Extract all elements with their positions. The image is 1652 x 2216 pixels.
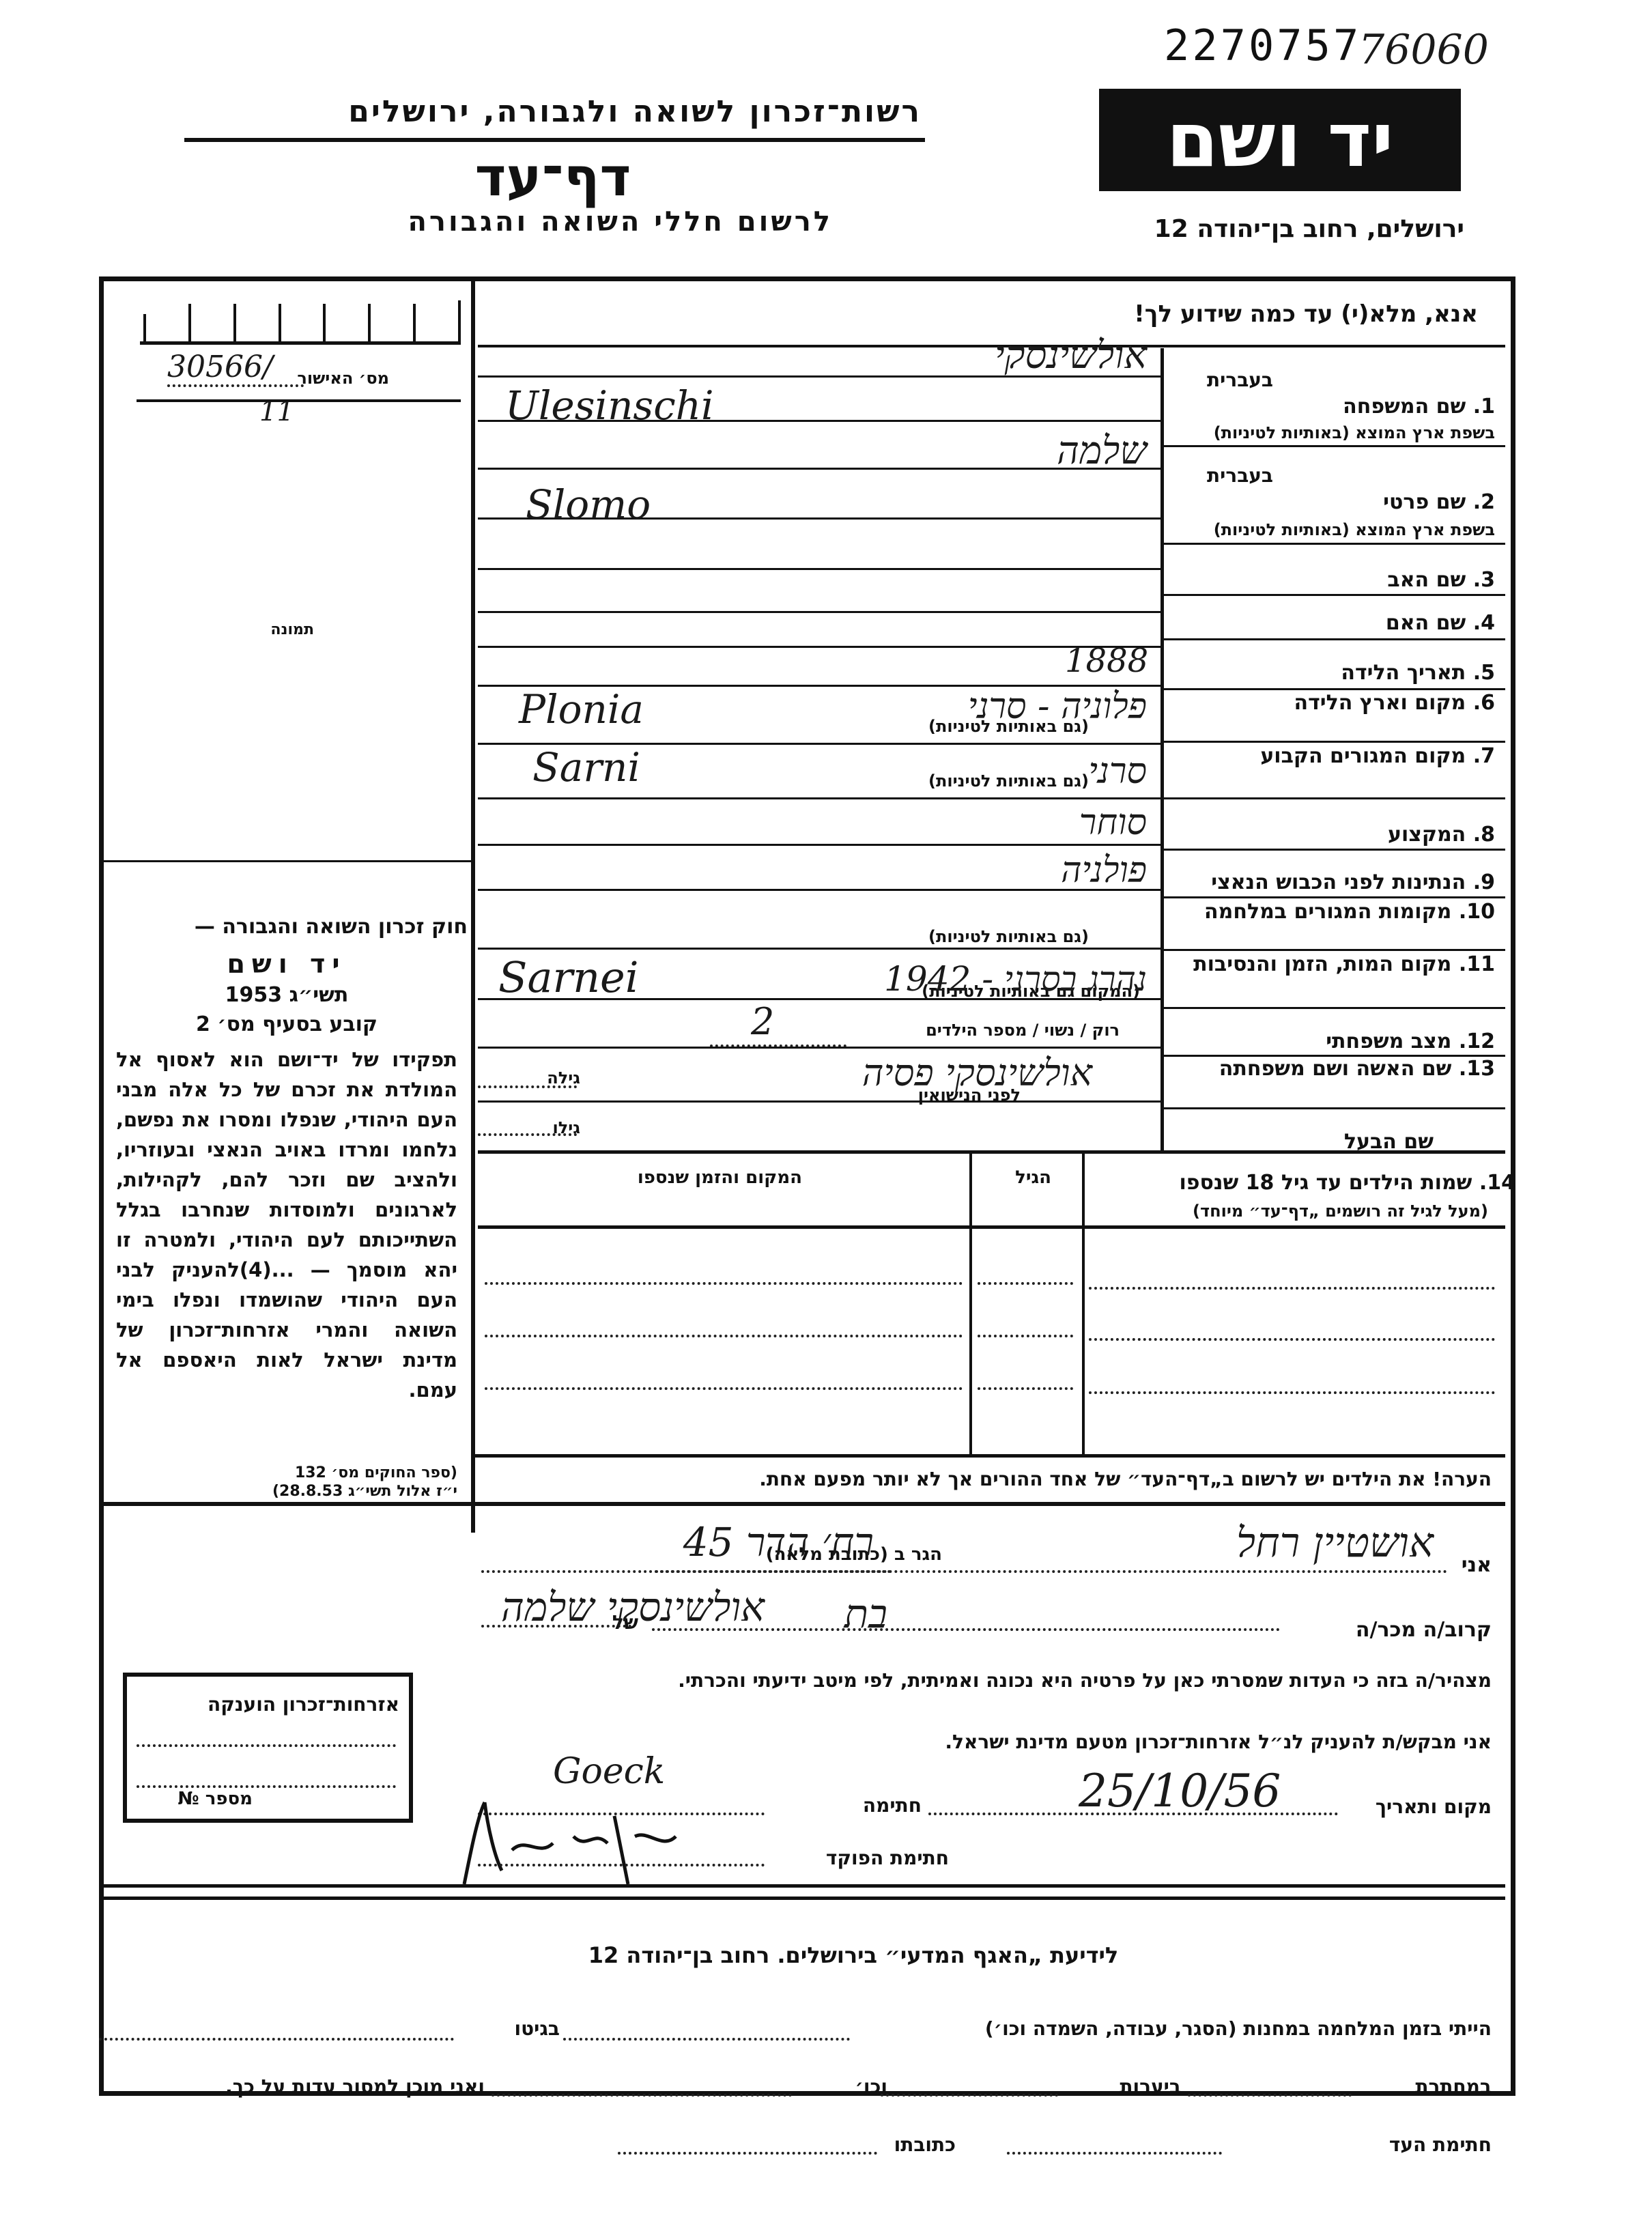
field-8-value[interactable]: סוחר — [751, 802, 1147, 843]
field-7-label: 7. מקום המגורים הקבוע — [1260, 744, 1495, 768]
children-note: (מעל לגיל זה רושמים „דף־עד״ מיוחד) — [1193, 1202, 1488, 1221]
field-12-options: רוק / נשוי / מספר הילדים — [926, 1021, 1120, 1040]
photo-label: תמונה — [270, 621, 314, 638]
divider — [1164, 445, 1505, 447]
declarant-name-value[interactable]: אושטיין רחל — [1024, 1519, 1434, 1567]
law-citation-2: י״ז אלול תשי״ג 28.8.53) — [102, 1483, 457, 1500]
children-row-1-place[interactable] — [485, 1282, 963, 1285]
field-12-value[interactable]: 2 — [751, 1000, 774, 1043]
divider — [102, 1897, 1505, 1900]
signature-value: Goeck — [553, 1751, 665, 1792]
page-subtitle: לרשום חללי השואה והגבורה — [408, 206, 833, 238]
wife-age-field[interactable] — [478, 1085, 577, 1088]
footer-etc-field[interactable] — [492, 2094, 792, 2097]
children-col-divider-2 — [1082, 1154, 1085, 1454]
divider — [478, 646, 1160, 648]
field-5-value[interactable]: 1888 — [1065, 642, 1148, 680]
field-9-value[interactable]: פולניה — [751, 850, 1147, 891]
footer-title: לידיעת „האגף המדעי״ בירושלים. רחוב בן־יה… — [478, 1942, 1229, 1968]
divider — [1164, 688, 1505, 690]
children-row-3-age[interactable] — [978, 1387, 1073, 1390]
children-col-divider-1 — [969, 1154, 972, 1454]
law-citation-1: (ספר החוקים מס׳ 132 — [102, 1464, 457, 1481]
signature-label: חתימה — [863, 1794, 922, 1817]
field-11-value-latin[interactable]: Sarnei — [498, 952, 639, 1002]
field-2-value-hebrew[interactable]: שלמה — [751, 429, 1147, 473]
children-row-3-place[interactable] — [485, 1387, 963, 1390]
footer-address-label: כתובתו — [894, 2133, 956, 2156]
address: ירושלים, רחוב בן־יהודה 12 — [1154, 215, 1464, 243]
field-10-value[interactable] — [478, 891, 1160, 946]
field-4-value[interactable] — [478, 613, 1160, 644]
field-6-label: 6. מקום וארץ הלידה — [1294, 691, 1495, 715]
divider — [478, 1225, 1505, 1229]
law-year: תשי״ג 1953 — [102, 983, 471, 1007]
field-10-label: 10. מקומות המגורים במלחמה — [1204, 900, 1495, 924]
divider — [478, 1047, 1160, 1049]
field-1-note: בשפת ארץ המוצא (באותיות לטיניות) — [1214, 423, 1495, 442]
citizenship-number-field[interactable] — [137, 1785, 396, 1788]
field-7-value-hebrew[interactable]: סרני — [751, 751, 1147, 792]
in-hebrew-label-2: בעברית — [1207, 464, 1273, 487]
children-row-1-name[interactable] — [1089, 1287, 1495, 1290]
request: אני מבקש/ת להעניק לנ״ל אזרחות־זכרון מטעם… — [945, 1731, 1492, 1753]
children-row-2-age[interactable] — [978, 1335, 1073, 1337]
divider — [1164, 638, 1505, 640]
instruction: אנא, מלא(י) עד כמה שידוע לך! — [1134, 300, 1478, 328]
divider — [1164, 1107, 1505, 1109]
address-value[interactable]: רח׳ הדר 45 — [492, 1519, 874, 1565]
of-value[interactable]: אולשינסקי שלמה — [478, 1584, 765, 1630]
divider — [102, 1884, 1505, 1888]
field-6-value-hebrew[interactable]: פלוניה - סרני — [751, 686, 1147, 727]
official-signature-label: חתימת הפוקד — [826, 1847, 949, 1869]
date-value[interactable]: 25/10/56 — [1079, 1765, 1281, 1817]
yad-vashem-logo: יד ושם — [1099, 89, 1461, 191]
children-row-2-name[interactable] — [1089, 1338, 1495, 1341]
footer-underground-label: במחתרת — [1415, 2075, 1492, 2098]
field-12-label: 12. מצב משפחתי — [1326, 1029, 1495, 1053]
citizenship-box-title: אזרחות־זכרון הוענקה — [208, 1693, 399, 1716]
document-number-handwritten: 76060 — [1358, 26, 1489, 74]
children-label: 14. שמות הילדים עד גיל 18 שנספו — [1179, 1171, 1515, 1195]
footer-ghetto-label: בגיטו — [515, 2017, 560, 2040]
footer-camps-field[interactable] — [563, 2038, 850, 2041]
field-6-value-latin[interactable]: Plonia — [519, 686, 644, 733]
footer-witness-signature-field[interactable] — [1007, 2152, 1222, 2155]
field-3-label: 3. שם האב — [1387, 568, 1495, 592]
official-signature-field[interactable] — [478, 1864, 765, 1866]
label-column-divider — [1160, 348, 1164, 1150]
field-5-label: 5. תאריך הלידה — [1341, 661, 1495, 685]
law-title: חוק זכרון השואה והגבורה — — [195, 915, 468, 939]
footer-ghetto-field[interactable] — [99, 2038, 454, 2041]
address-field[interactable] — [481, 1570, 891, 1573]
org-line: רשות־זכרון לשואה ולגבורה, ירושלים — [348, 94, 922, 129]
citizenship-field[interactable] — [137, 1744, 396, 1747]
serial-label: מס׳ האישור — [297, 369, 389, 388]
field-1-value-latin[interactable]: Ulesinschi — [505, 382, 714, 429]
sidebar-divider — [471, 276, 475, 1533]
field-7-value-latin[interactable]: Sarni — [532, 744, 640, 791]
statement: מצהיר/ה בזה כי העדות שמסרתי כאן על פרטיה… — [678, 1669, 1492, 1692]
org-underline — [184, 138, 925, 142]
field-2-value-latin[interactable]: Slomo — [526, 481, 651, 528]
field-2-note: בשפת ארץ המוצא (באותיות לטיניות) — [1214, 520, 1495, 539]
divider — [1164, 594, 1505, 596]
divider — [478, 948, 1160, 950]
divider — [102, 1502, 1505, 1506]
field-9-label: 9. הנתינות לפני הכבוש הנאצי — [1211, 870, 1495, 894]
footer-forests-field[interactable] — [881, 2094, 1058, 2097]
divider — [1164, 741, 1505, 743]
field-3-value[interactable] — [478, 570, 1160, 608]
field-4-label: 4. שם האם — [1386, 611, 1495, 635]
footer-forests-label: ביערות — [1120, 2075, 1181, 2098]
children-col-age: הגיל — [1015, 1167, 1051, 1188]
photo-ticks — [143, 294, 461, 341]
law-text: תפקידו של יד־ושם הוא לאסוף אל המולדת את … — [116, 1045, 457, 1405]
divider — [1164, 949, 1505, 951]
field-13-label: 13. שם האשה ושם משפחתה — [1219, 1057, 1495, 1081]
divider — [478, 1150, 1505, 1154]
divider — [1164, 543, 1505, 545]
field-1-label: 1. שם המשפחה — [1343, 395, 1495, 418]
citizenship-number-label: מספר № — [177, 1789, 253, 1809]
divider — [471, 1454, 1505, 1458]
footer-underground-field[interactable] — [1188, 2094, 1352, 2097]
divider — [1164, 1007, 1505, 1009]
divider — [478, 998, 1160, 1000]
serial-value[interactable]: 30566/ — [167, 350, 304, 387]
divider — [1164, 797, 1505, 799]
relation-label: קרוב/ה מכר/ה — [1356, 1618, 1492, 1642]
children-row-1-age[interactable] — [978, 1282, 1073, 1285]
field-13-value[interactable]: אולשינסקי פסיה — [683, 1051, 1092, 1094]
law-clause: קובע בסעיף מס׳ 2 — [102, 1012, 471, 1036]
handwritten-signature — [437, 1789, 696, 1891]
divider — [478, 844, 1160, 846]
document-number: 2270757 — [1164, 20, 1361, 70]
logo-text: יד ושם — [1166, 102, 1393, 177]
in-hebrew-label-1: בעברית — [1207, 369, 1273, 391]
field-11-value-hebrew[interactable]: נהרג בסרני - 1942 — [683, 959, 1147, 999]
divider — [478, 1100, 1160, 1103]
page-title: דף־עד — [410, 147, 696, 208]
footer-witness-signature-label: חתימת העד — [1389, 2133, 1492, 2156]
declarant-label: אני — [1462, 1553, 1492, 1577]
notice: הערה! את הילדים יש לרשום ב„דף־העד״ של אח… — [759, 1468, 1492, 1490]
husband-age-field[interactable] — [478, 1133, 577, 1136]
wife-age-label: גילה — [547, 1068, 580, 1088]
field-8-label: 8. המקצוע — [1388, 823, 1495, 847]
place-date-label: מקום ותאריך — [1376, 1795, 1492, 1818]
children-row-3-name[interactable] — [1089, 1391, 1495, 1394]
footer-camps-label: הייתי בזמן המלחמה במחנות (הסגר, עבודה, ה… — [985, 2017, 1492, 2040]
field-11-label: 11. מקום המות, הזמן והנסיבות — [1193, 952, 1495, 976]
footer-address-field[interactable] — [618, 2152, 877, 2155]
law-name: יד ושם — [102, 949, 471, 979]
divider — [1164, 896, 1505, 898]
children-col-place: המקום והזמן שנספו — [638, 1167, 802, 1188]
field-1-value-hebrew[interactable]: אולשינסקי — [751, 333, 1147, 378]
divider — [137, 399, 461, 402]
divider — [1164, 849, 1505, 851]
divider — [478, 797, 1160, 799]
footer-ready-label: ואני מוכן למסור עדות על כך. — [225, 2075, 485, 2098]
children-row-2-place[interactable] — [485, 1335, 963, 1337]
footer-etc-label: וכו׳ — [855, 2075, 887, 2098]
field-2-label: 2. שם פרטי — [1383, 490, 1495, 514]
